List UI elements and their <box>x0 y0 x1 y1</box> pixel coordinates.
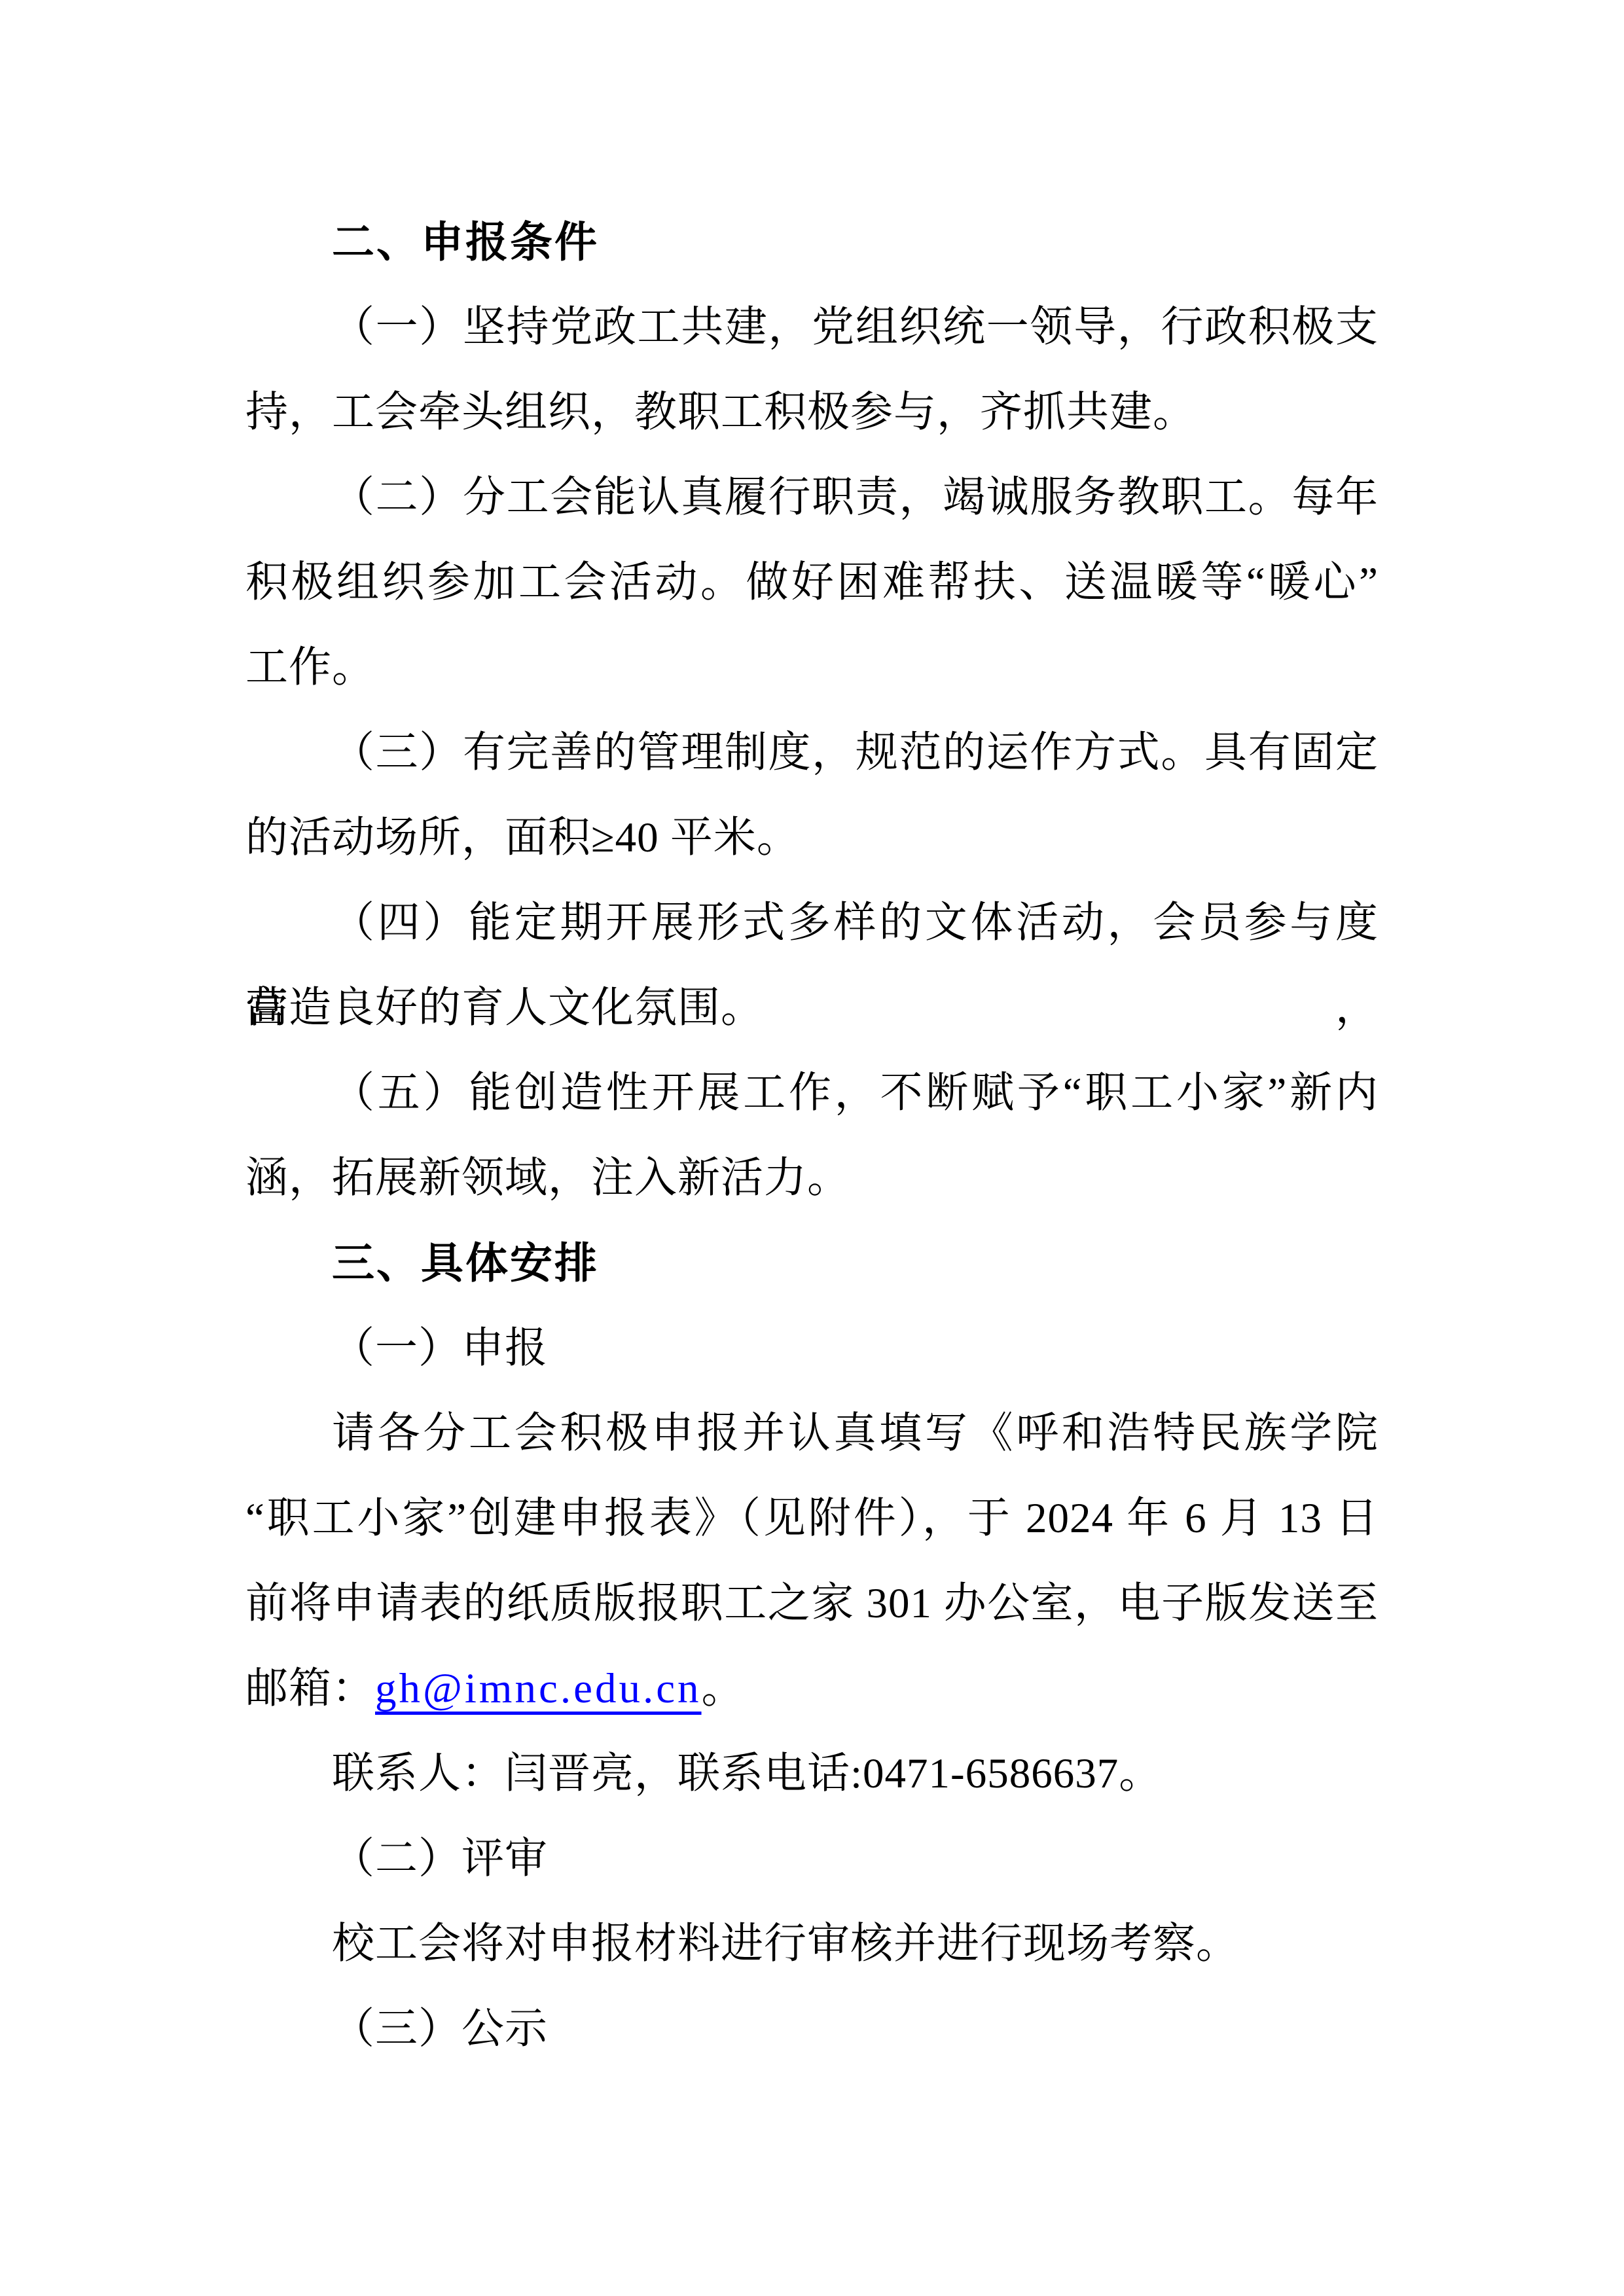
text-line: （四）能定期开展形式多样的文体活动，会员参与度高， <box>245 880 1379 965</box>
text-line: 请各分工会积极申报并认真填写《呼和浩特民族学院 <box>245 1391 1379 1476</box>
text-line: 校工会将对申报材料进行审核并进行现场考察。 <box>245 1901 1379 1986</box>
text-line: （三）有完善的管理制度，规范的运作方式。具有固定 <box>245 710 1379 795</box>
document-page: 二、申报条件（一）坚持党政工共建，党组织统一领导，行政积极支持，工会牵头组织，教… <box>0 0 1624 2296</box>
text-line: （一）坚持党政工共建，党组织统一领导，行政积极支 <box>245 285 1379 370</box>
document-text-block: 二、申报条件（一）坚持党政工共建，党组织统一领导，行政积极支持，工会牵头组织，教… <box>245 200 1379 2072</box>
text-line: 邮箱：gh@imnc.edu.cn。 <box>245 1646 1379 1731</box>
sentence-end: 。 <box>702 1665 745 1712</box>
text-line: 涵，拓展新领域，注入新活力。 <box>245 1136 1379 1221</box>
text-line: 工作。 <box>245 625 1379 710</box>
section-heading: 三、具体安排 <box>245 1221 1379 1306</box>
email-label: 邮箱： <box>245 1665 375 1712</box>
text-line: （三）公示 <box>245 1986 1379 2072</box>
text-line: （一）申报 <box>245 1306 1379 1391</box>
text-line: 联系人：闫晋亮，联系电话:0471-6586637。 <box>245 1731 1379 1816</box>
text-line: （五）能创造性开展工作，不断赋予“职工小家”新内 <box>245 1050 1379 1136</box>
text-line: 持，工会牵头组织，教职工积极参与，齐抓共建。 <box>245 370 1379 455</box>
text-line: （二）评审 <box>245 1816 1379 1901</box>
text-line: 前将申请表的纸质版报职工之家 301 办公室，电子版发送至 <box>245 1561 1379 1646</box>
text-line: “职工小家”创建申报表》（见附件），于 2024 年 6 月 13 日 <box>245 1476 1379 1561</box>
text-line: （二）分工会能认真履行职责，竭诚服务教职工。每年 <box>245 455 1379 540</box>
text-line: 积极组织参加工会活动。做好困难帮扶、送温暖等“暖心” <box>245 540 1379 625</box>
section-heading: 二、申报条件 <box>245 200 1379 285</box>
email-link[interactable]: gh@imnc.edu.cn <box>375 1665 702 1712</box>
text-line: 的活动场所，面积≥40 平米。 <box>245 795 1379 880</box>
